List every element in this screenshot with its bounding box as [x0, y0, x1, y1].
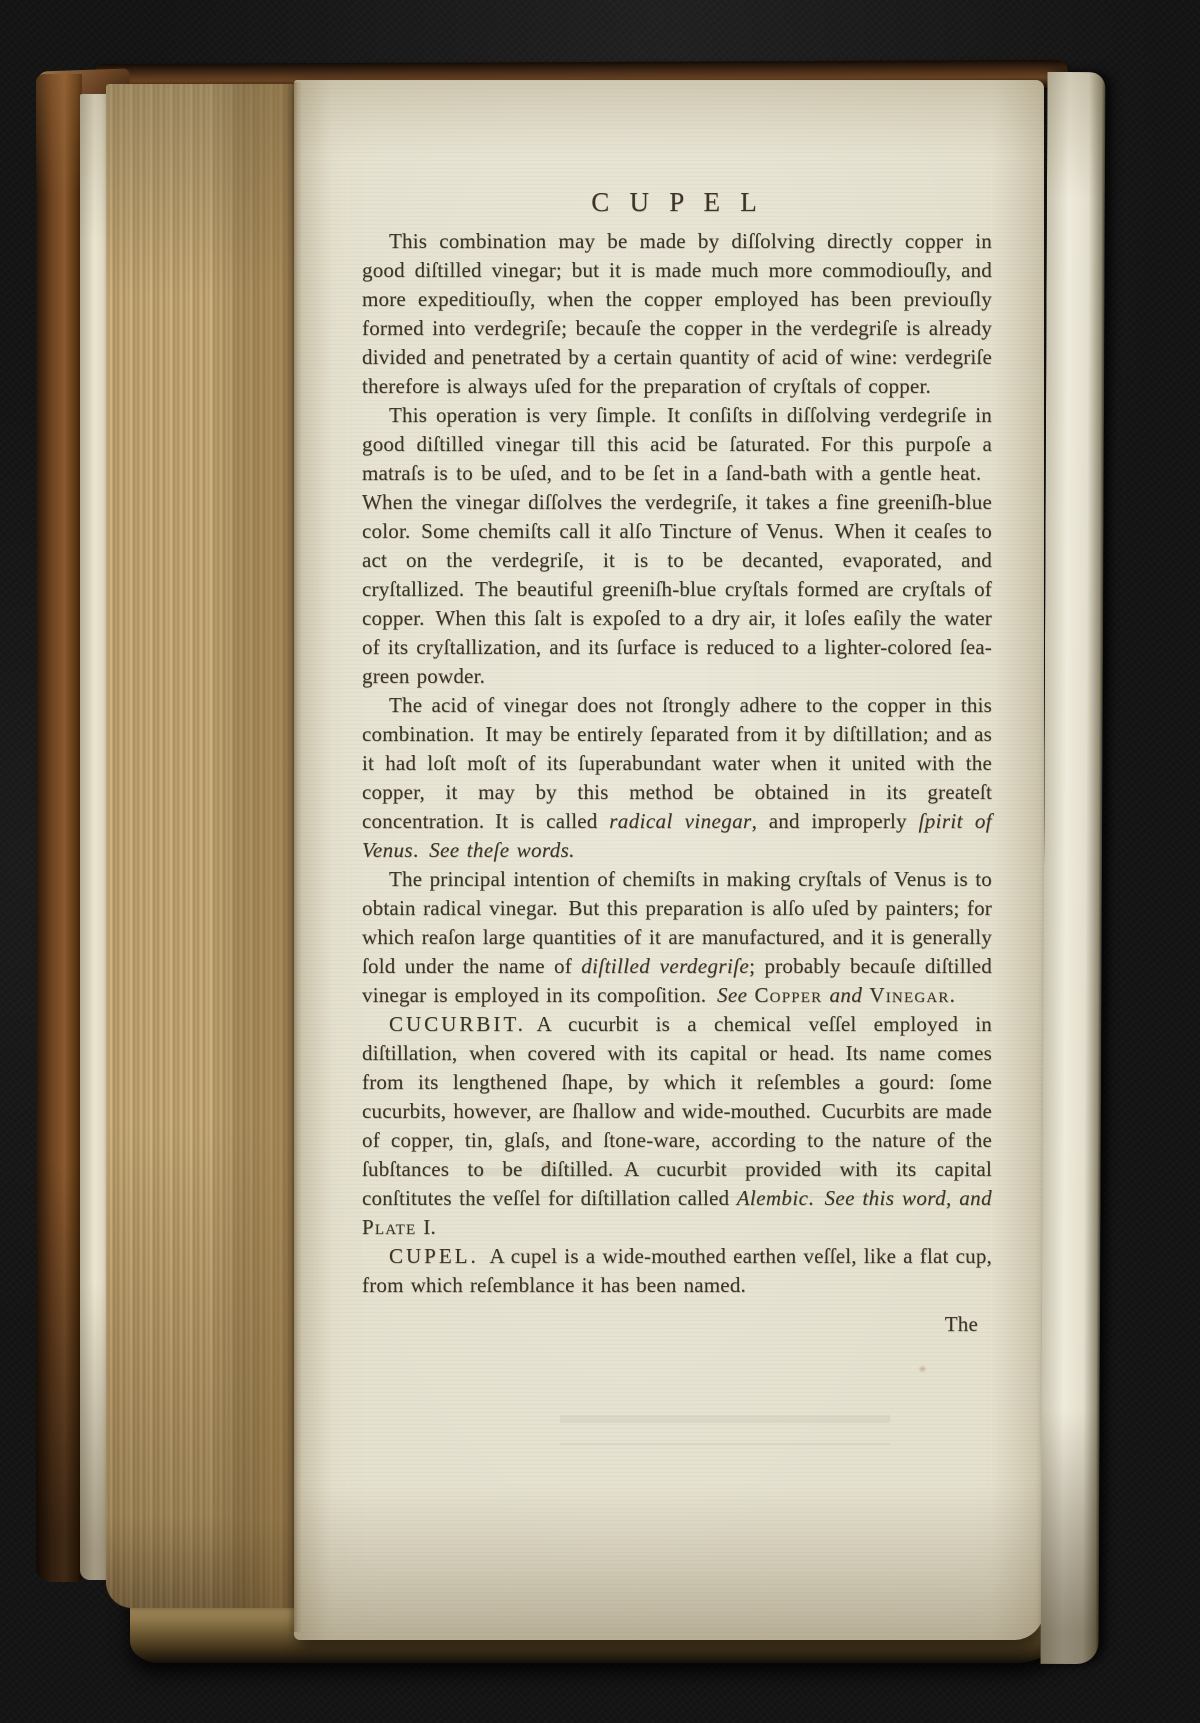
running-head: C U P E L	[362, 188, 992, 217]
text-segment: CUCURBIT.	[389, 1012, 526, 1036]
paragraph-cupel-entry: CUPEL. A cupel is a wide-mouthed earthen…	[362, 1242, 992, 1300]
text-segment: I.	[416, 1215, 436, 1239]
text-segment: See theſe words.	[429, 838, 575, 862]
text-segment: diſtilled verdegriſe	[581, 954, 749, 978]
text-segment: See this word, and	[824, 1186, 992, 1210]
text-segment: Copper	[754, 983, 822, 1007]
paragraph-cucurbit-entry: CUCURBIT. A cucurbit is a chemical veſſe…	[362, 1010, 992, 1242]
text-segment: Alembic	[737, 1186, 809, 1210]
page-gutter-shadow	[288, 82, 302, 1632]
text-segment: .	[950, 983, 955, 1007]
page-text-block: C U P E L This combination may be made b…	[362, 188, 992, 1339]
adjacent-page-edge	[1041, 72, 1106, 1664]
catchword: The	[362, 1310, 992, 1339]
text-segment: .	[413, 838, 429, 862]
page-edges-stack	[106, 84, 296, 1608]
book-cover-spine	[36, 74, 82, 1582]
text-segment: radical vinegar	[609, 809, 751, 833]
paragraph-cupel-3: The acid of vinegar does not ſtrongly ad…	[362, 691, 992, 865]
text-segment: CUPEL.	[389, 1244, 479, 1268]
text-segment: Plate	[362, 1215, 416, 1239]
photograph-of-book-page: C U P E L This combination may be made b…	[0, 0, 1200, 1723]
text-segment: .	[808, 1186, 824, 1210]
paragraph-cupel-2: This operation is very ſimple. It conſiſ…	[362, 401, 992, 691]
text-segment: and	[822, 983, 869, 1007]
text-segment: See	[717, 983, 755, 1007]
text-segment: , and improperly	[752, 809, 919, 833]
text-segment: A cucurbit is a chemical veſſel employed…	[362, 1012, 992, 1210]
paragraph-cupel-1: This combination may be made by diſſolvi…	[362, 227, 992, 401]
text-segment: Vinegar	[869, 983, 949, 1007]
text-segment: This combination may be made by diſſolvi…	[362, 229, 992, 398]
paragraph-cupel-4: The principal intention of chemiſts in m…	[362, 865, 992, 1010]
text-segment: This operation is very ſimple. It conſiſ…	[362, 403, 992, 688]
